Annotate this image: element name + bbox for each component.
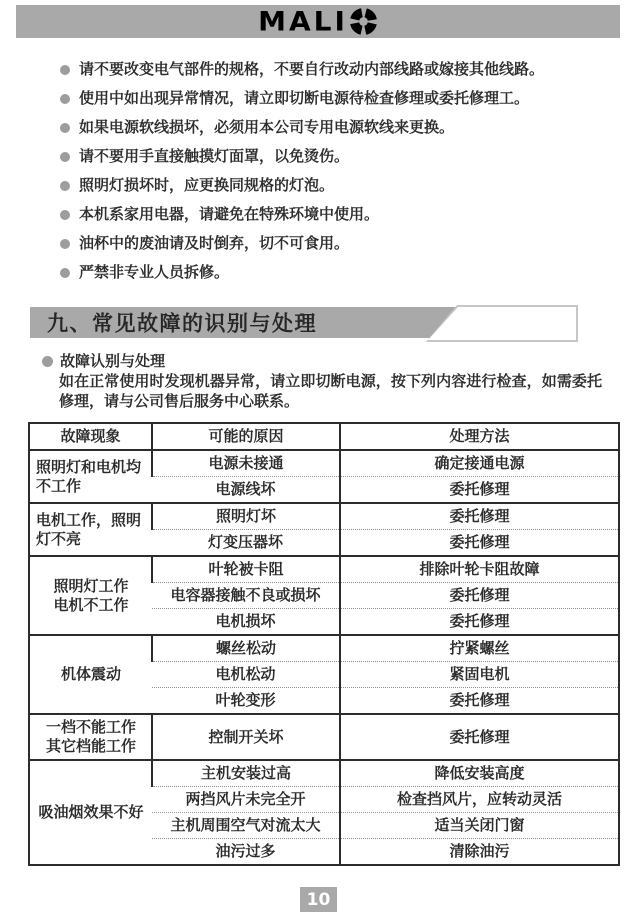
bullet-icon: [60, 65, 70, 75]
solution-cell: 委托修理: [340, 530, 619, 557]
symptom-cell: 照明灯工作 电机不工作: [29, 556, 152, 635]
safety-note-item: 照明灯损坏时，应更换同规格的灯泡。: [60, 176, 620, 196]
bullet-icon: [60, 181, 70, 191]
safety-note-text: 请不要改变电气部件的规格，不要自行改动内部线路或嫁接其他线路。: [79, 60, 544, 80]
cause-cell: 叶轮变形: [152, 688, 340, 715]
safety-note-text: 使用中如出现异常情况，请立即切断电源待检查修理或委托修理工。: [79, 89, 529, 109]
safety-note-item: 使用中如出现异常情况，请立即切断电源待检查修理或委托修理工。: [60, 89, 620, 109]
segmented-ring-icon: [349, 7, 378, 36]
header-cause: 可能的原因: [152, 423, 340, 450]
cause-cell: 灯变压器坏: [152, 530, 340, 557]
table-row: 机体震动螺丝松动拧紧螺丝: [29, 635, 619, 662]
brand-logo: MALI: [258, 7, 378, 36]
solution-cell: 适当关闭门窗: [340, 813, 619, 839]
bullet-icon: [60, 94, 70, 104]
symptom-cell: 一档不能工作 其它档能工作: [29, 714, 152, 760]
banner-decoration-shape: [423, 305, 578, 342]
cause-cell: 电源线坏: [152, 477, 340, 504]
header-band: MALI: [16, 5, 620, 38]
cause-cell: 电机松动: [152, 662, 340, 688]
safety-note-item: 严禁非专业人员拆修。: [60, 263, 620, 283]
bullet-icon: [60, 152, 70, 162]
cause-cell: 电容器接触不良或损坏: [152, 583, 340, 609]
safety-note-item: 本机系家用电器，请避免在特殊环境中使用。: [60, 205, 620, 225]
cause-cell: 螺丝松动: [152, 635, 340, 662]
cause-cell: 油污过多: [152, 839, 340, 866]
safety-note-text: 照明灯损坏时，应更换同规格的灯泡。: [79, 176, 334, 196]
symptom-cell: 机体震动: [29, 635, 152, 714]
table-row: 电机工作，照明 灯不亮照明灯坏委托修理: [29, 503, 619, 530]
solution-cell: 降低安装高度: [340, 760, 619, 787]
solution-cell: 紧固电机: [340, 662, 619, 688]
table-row: 照明灯工作 电机不工作叶轮被卡阻排除叶轮卡阻故障: [29, 556, 619, 583]
bullet-icon: [42, 356, 53, 367]
solution-cell: 委托修理: [340, 688, 619, 715]
solution-cell: 委托修理: [340, 609, 619, 636]
safety-note-text: 严禁非专业人员拆修。: [79, 263, 229, 283]
fault-intro-title: 故障认别与处理: [60, 352, 165, 371]
safety-note-item: 请不要用手直接触摸灯面罩，以免烫伤。: [60, 147, 620, 167]
fault-table: 故障现象 可能的原因 处理方法 照明灯和电机均 不工作电源未接通确定接通电源电源…: [28, 422, 620, 866]
cause-cell: 电源未接通: [152, 450, 340, 477]
safety-note-item: 如果电源软线损坏，必须用本公司专用电源软线来更换。: [60, 118, 620, 138]
solution-cell: 委托修理: [340, 714, 619, 760]
cause-cell: 控制开关坏: [152, 714, 340, 760]
solution-cell: 委托修理: [340, 503, 619, 530]
solution-cell: 清除油污: [340, 839, 619, 866]
table-row: 一档不能工作 其它档能工作控制开关坏委托修理: [29, 714, 619, 760]
section-title: 九、常见故障的识别与处理: [47, 307, 317, 337]
safety-note-text: 油杯中的废油请及时倒弃，切不可食用。: [79, 234, 349, 254]
cause-cell: 电机损坏: [152, 609, 340, 636]
solution-cell: 委托修理: [340, 477, 619, 504]
bullet-icon: [60, 268, 70, 278]
safety-note-item: 油杯中的废油请及时倒弃，切不可食用。: [60, 234, 620, 254]
page-number-badge: 10: [300, 887, 337, 912]
section-banner: 九、常见故障的识别与处理: [30, 307, 578, 338]
cause-cell: 主机安装过高: [152, 760, 340, 787]
solution-cell: 确定接通电源: [340, 450, 619, 477]
cause-cell: 照明灯坏: [152, 503, 340, 530]
cause-cell: 主机周围空气对流太大: [152, 813, 340, 839]
fault-table-body: 照明灯和电机均 不工作电源未接通确定接通电源电源线坏委托修理电机工作，照明 灯不…: [29, 450, 619, 865]
safety-notes-list: 请不要改变电气部件的规格，不要自行改动内部线路或嫁接其他线路。使用中如出现异常情…: [60, 60, 620, 292]
header-symptom: 故障现象: [29, 423, 152, 450]
cause-cell: 叶轮被卡阻: [152, 556, 340, 583]
safety-note-item: 请不要改变电气部件的规格，不要自行改动内部线路或嫁接其他线路。: [60, 60, 620, 80]
solution-cell: 检查挡风片，应转动灵活: [340, 787, 619, 813]
fault-table-header-row: 故障现象 可能的原因 处理方法: [29, 423, 619, 450]
table-row: 吸油烟效果不好主机安装过高降低安装高度: [29, 760, 619, 787]
solution-cell: 委托修理: [340, 583, 619, 609]
symptom-cell: 电机工作，照明 灯不亮: [29, 503, 152, 556]
table-row: 照明灯和电机均 不工作电源未接通确定接通电源: [29, 450, 619, 477]
solution-cell: 排除叶轮卡阻故障: [340, 556, 619, 583]
safety-note-text: 请不要用手直接触摸灯面罩，以免烫伤。: [79, 147, 349, 167]
cause-cell: 两挡风片未完全开: [152, 787, 340, 813]
symptom-cell: 吸油烟效果不好: [29, 760, 152, 865]
safety-note-text: 本机系家用电器，请避免在特殊环境中使用。: [79, 205, 379, 225]
bullet-icon: [60, 239, 70, 249]
bullet-icon: [60, 210, 70, 220]
fault-intro: 故障认别与处理 如在正常使用时发现机器异常，请立即切断电源，按下列内容进行检查，…: [42, 352, 602, 411]
header-solution: 处理方法: [340, 423, 619, 450]
safety-note-text: 如果电源软线损坏，必须用本公司专用电源软线来更换。: [79, 118, 454, 138]
manual-page: MALI 请不要改变电气部件的规格，不要自行改动内部线路或嫁接其他线路。使用中如…: [0, 0, 636, 916]
fault-intro-body: 如在正常使用时发现机器异常，请立即切断电源，按下列内容进行检查，如需委托修理，请…: [59, 372, 602, 411]
brand-logo-text: MALI: [258, 8, 348, 35]
bullet-icon: [60, 123, 70, 133]
symptom-cell: 照明灯和电机均 不工作: [29, 450, 152, 503]
solution-cell: 拧紧螺丝: [340, 635, 619, 662]
